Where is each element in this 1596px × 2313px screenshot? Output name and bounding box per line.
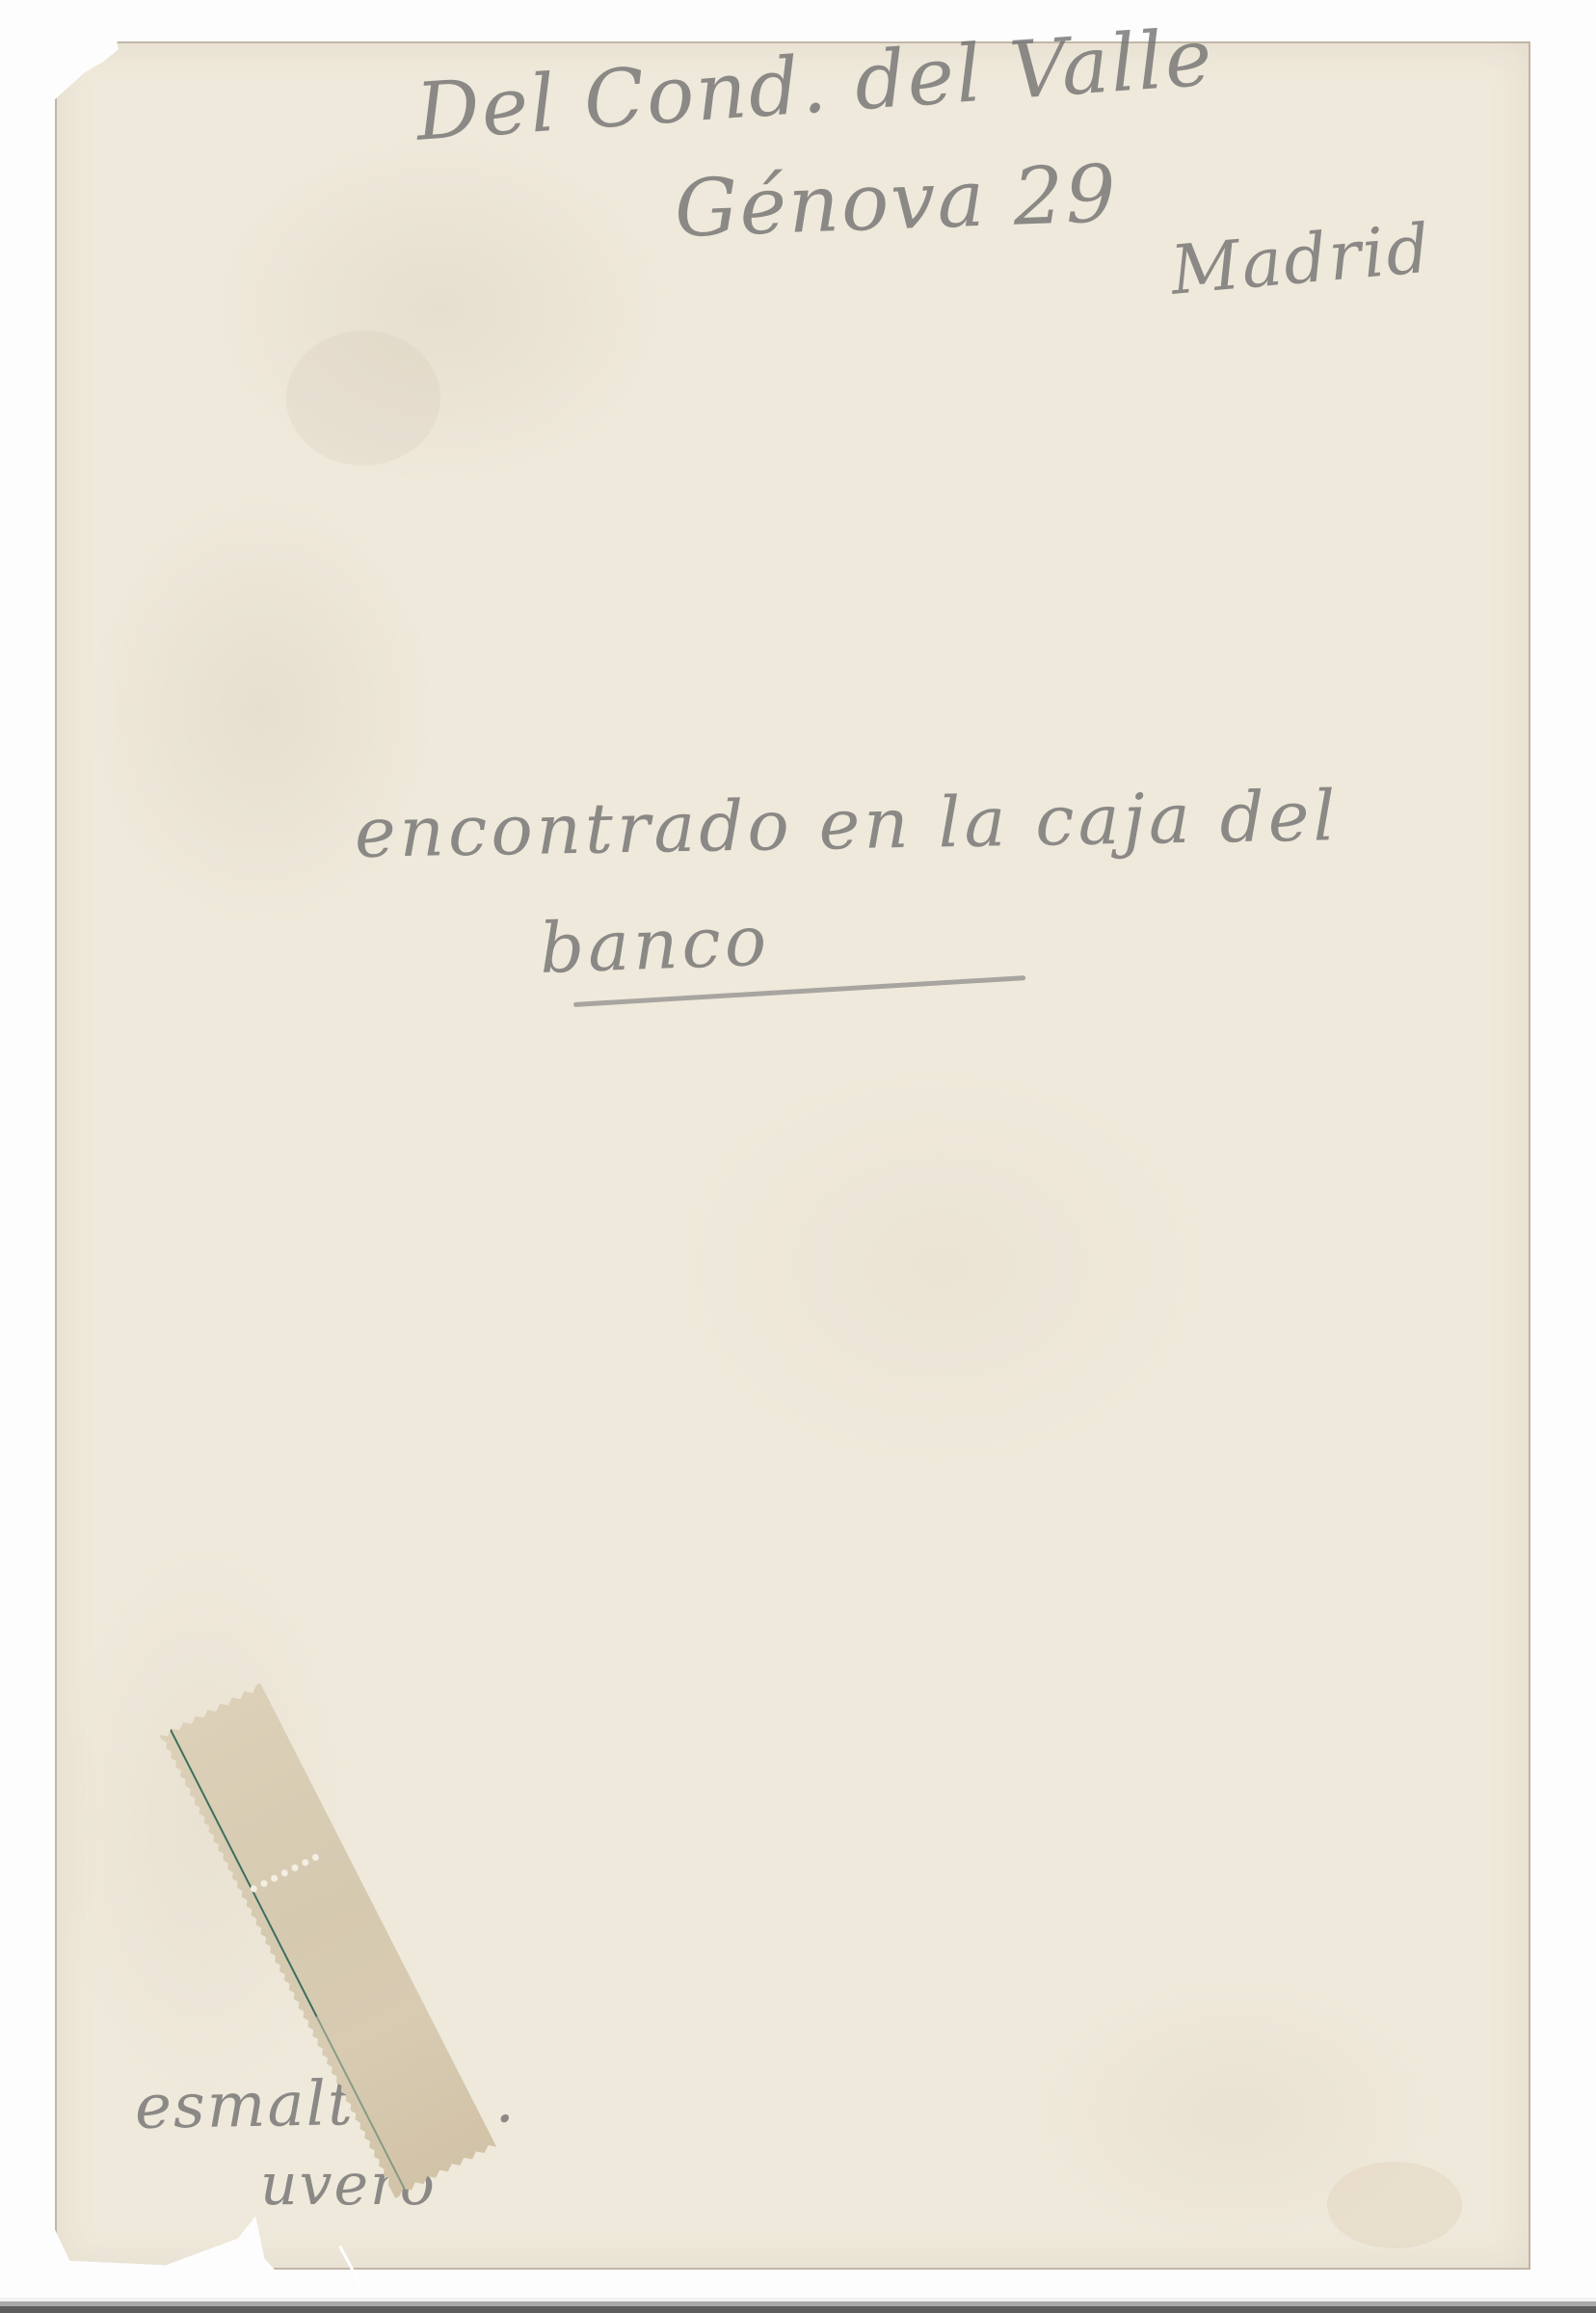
inscription-center-line1: encontrado en la caja del (354, 775, 1340, 873)
inscription-center-line2: banco (539, 900, 772, 989)
scanner-edge-bar (0, 2298, 1596, 2313)
foxing-stain (1327, 2162, 1462, 2248)
inscription-header-line2: Génova 29 (673, 148, 1119, 255)
hinge-perforations (248, 1851, 321, 1895)
foxing-stain (286, 331, 440, 465)
